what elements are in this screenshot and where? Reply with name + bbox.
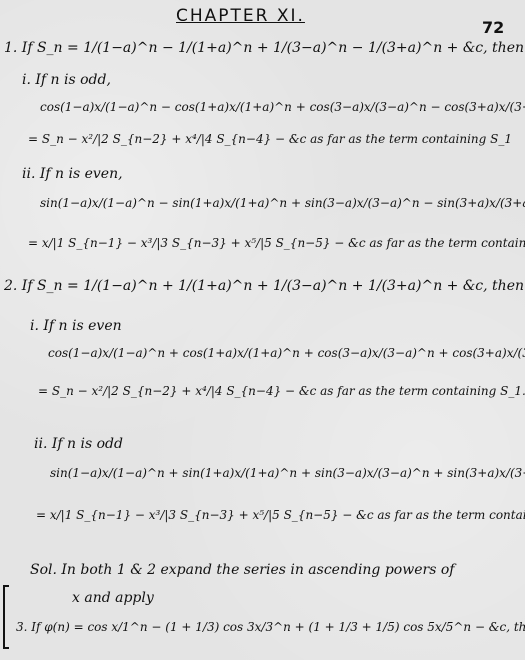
problem-2-case-ii-label: ii. If n is odd xyxy=(34,436,123,452)
problem-1-case-ii-result: = x/|1 S_{n−1} − x³/|3 S_{n−3} + x⁵/|5 S… xyxy=(28,236,525,250)
problem-1-intro: 1. If S_n = 1/(1−a)^n − 1/(1+a)^n + 1/(3… xyxy=(4,40,524,56)
problem-3-intro: 3. If φ(n) = cos x/1^n − (1 + 1/3) cos 3… xyxy=(16,620,525,634)
problem-2-case-i-label: i. If n is even xyxy=(30,318,122,334)
problem-1-case-i-series: cos(1−a)x/(1−a)^n − cos(1+a)x/(1+a)^n + … xyxy=(40,100,525,114)
page-number: 72 xyxy=(482,18,504,37)
solution-line-2: x and apply xyxy=(72,590,154,606)
chapter-title: CHAPTER XI. xyxy=(176,6,305,26)
problem-1-case-ii-series: sin(1−a)x/(1−a)^n − sin(1+a)x/(1+a)^n + … xyxy=(40,196,525,210)
manuscript-page: CHAPTER XI. 72 1. If S_n = 1/(1−a)^n − 1… xyxy=(0,0,525,660)
problem-1-case-i-result: = S_n − x²/|2 S_{n−2} + x⁴/|4 S_{n−4} − … xyxy=(28,132,512,146)
problem-1-case-i-label: i. If n is odd, xyxy=(22,72,111,88)
problem-2-case-ii-series: sin(1−a)x/(1−a)^n + sin(1+a)x/(1+a)^n + … xyxy=(50,466,525,480)
problem-2-case-ii-result: = x/|1 S_{n−1} − x³/|3 S_{n−3} + x⁵/|5 S… xyxy=(36,508,525,522)
problem-2-case-i-series: cos(1−a)x/(1−a)^n + cos(1+a)x/(1+a)^n + … xyxy=(48,346,525,360)
problem-2-intro: 2. If S_n = 1/(1−a)^n + 1/(1+a)^n + 1/(3… xyxy=(4,278,524,294)
problem-2-case-i-result: = S_n − x²/|2 S_{n−2} + x⁴/|4 S_{n−4} − … xyxy=(38,384,525,398)
solution-line-1: Sol. In both 1 & 2 expand the series in … xyxy=(30,562,454,578)
problem-1-case-ii-label: ii. If n is even, xyxy=(22,166,123,182)
margin-bracket xyxy=(3,585,9,649)
